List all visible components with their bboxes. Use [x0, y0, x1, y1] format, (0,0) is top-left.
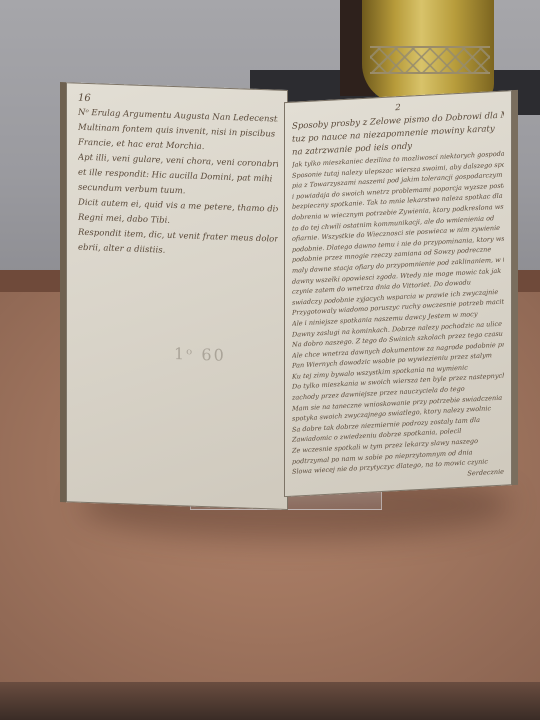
faded-stamp: 1ᵒ 60: [174, 344, 226, 365]
right-page-text: 2 Sposoby prosby z Zelowe pismo do Dobro…: [292, 97, 504, 489]
vitrine-front-edge: [0, 682, 540, 720]
museum-display-scene: 16 Nᵒ Erulag Argumentu Augusta Nan Ledec…: [0, 0, 540, 720]
manuscript-right-page: 2 Sposoby prosby z Zelowe pismo do Dobro…: [284, 90, 518, 497]
gown-embroidered-band: [370, 46, 490, 74]
left-page-text: 16 Nᵒ Erulag Argumentu Augusta Nan Ledec…: [78, 91, 278, 263]
manuscript-left-page: 16 Nᵒ Erulag Argumentu Augusta Nan Ledec…: [60, 82, 288, 510]
yellow-gown: [362, 0, 494, 104]
